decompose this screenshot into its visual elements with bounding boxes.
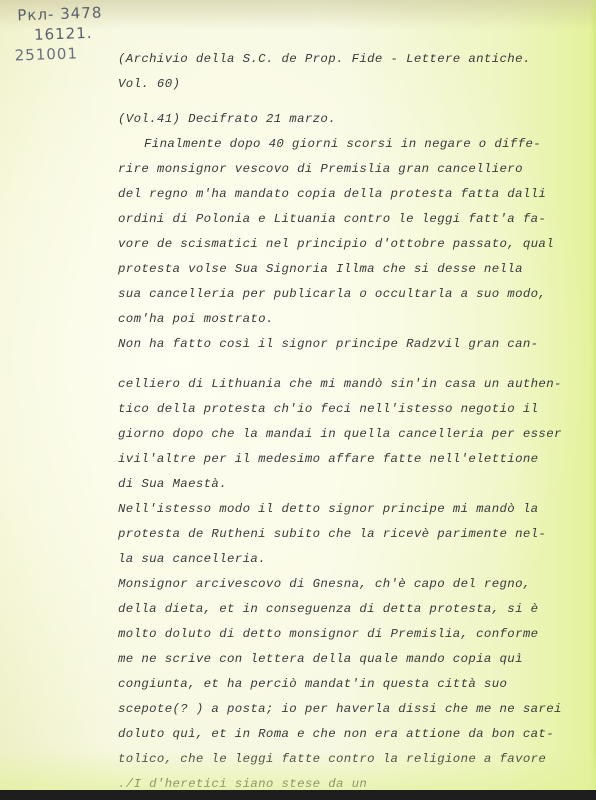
body-line: celliero di Lithuania che mi mandò sin'i… <box>118 372 588 397</box>
body-line: giorno dopo che la mandai in quella canc… <box>118 422 588 447</box>
reference-line: (Vol.41) Decifrato 21 marzo. <box>118 107 588 132</box>
page-edge-tint <box>590 0 596 790</box>
body-line: Nell'istesso modo il detto signor princi… <box>118 497 588 522</box>
handwritten-note-code: 251001 <box>14 42 104 65</box>
archive-volume-line: Vol. 60) <box>118 72 588 97</box>
body-line: tolico, che le leggi fatte contro la rel… <box>118 747 588 772</box>
body-line: protesta volse Sua Signoria Illma che si… <box>118 257 588 282</box>
body-line: rire monsignor vescovo di Premislia gran… <box>118 157 588 182</box>
body-line: congiunta, et ha perciò mandat'in questa… <box>118 672 588 697</box>
body-line: ivil'altre per il medesimo affare fatte … <box>118 447 588 472</box>
body-line: vore de scismatici nel principio d'ottob… <box>118 232 588 257</box>
document-page: Pкл- 3478 16121. 251001 (Archivio della … <box>0 0 596 790</box>
handwritten-note-number: 16121. <box>34 22 104 44</box>
body-line: di Sua Maestà. <box>118 472 588 497</box>
body-line: molto doluto di detto monsignor di Premi… <box>118 622 588 647</box>
body-line: sua cancelleria per publicarla o occulta… <box>118 282 588 307</box>
body-line: della dieta, et in conseguenza di detta … <box>118 597 588 622</box>
body-line: la sua cancelleria. <box>118 547 588 572</box>
body-line: tico della protesta ch'io feci nell'iste… <box>118 397 588 422</box>
body-line: protesta de Rutheni subito che la ricevè… <box>118 522 588 547</box>
typed-text-block: (Archivio della S.C. de Prop. Fide - Let… <box>118 47 588 790</box>
body-line: Monsignor arcivescovo di Gnesna, ch'è ca… <box>118 572 588 597</box>
body-line: com'ha poi mostrato. <box>118 307 588 332</box>
body-line: Finalmente dopo 40 giorni scorsi in nega… <box>118 132 588 157</box>
body-line: ordini di Polonia e Lituania contro le l… <box>118 207 588 232</box>
body-line: me ne scrive con lettera della quale man… <box>118 647 588 672</box>
body-line: scepote(? ) a posta; io per haverla diss… <box>118 697 588 722</box>
handwritten-annotations: Pкл- 3478 16121. 251001 <box>13 2 104 65</box>
body-line: Non ha fatto così il signor principe Rad… <box>118 332 588 357</box>
body-line: del regno m'ha mandato copia della prote… <box>118 182 588 207</box>
body-line: doluto quì, et in Roma e che non era att… <box>118 722 588 747</box>
body-line: ./I d'heretici siano stese da un <box>118 772 588 790</box>
archive-source-line: (Archivio della S.C. de Prop. Fide - Let… <box>118 47 588 72</box>
